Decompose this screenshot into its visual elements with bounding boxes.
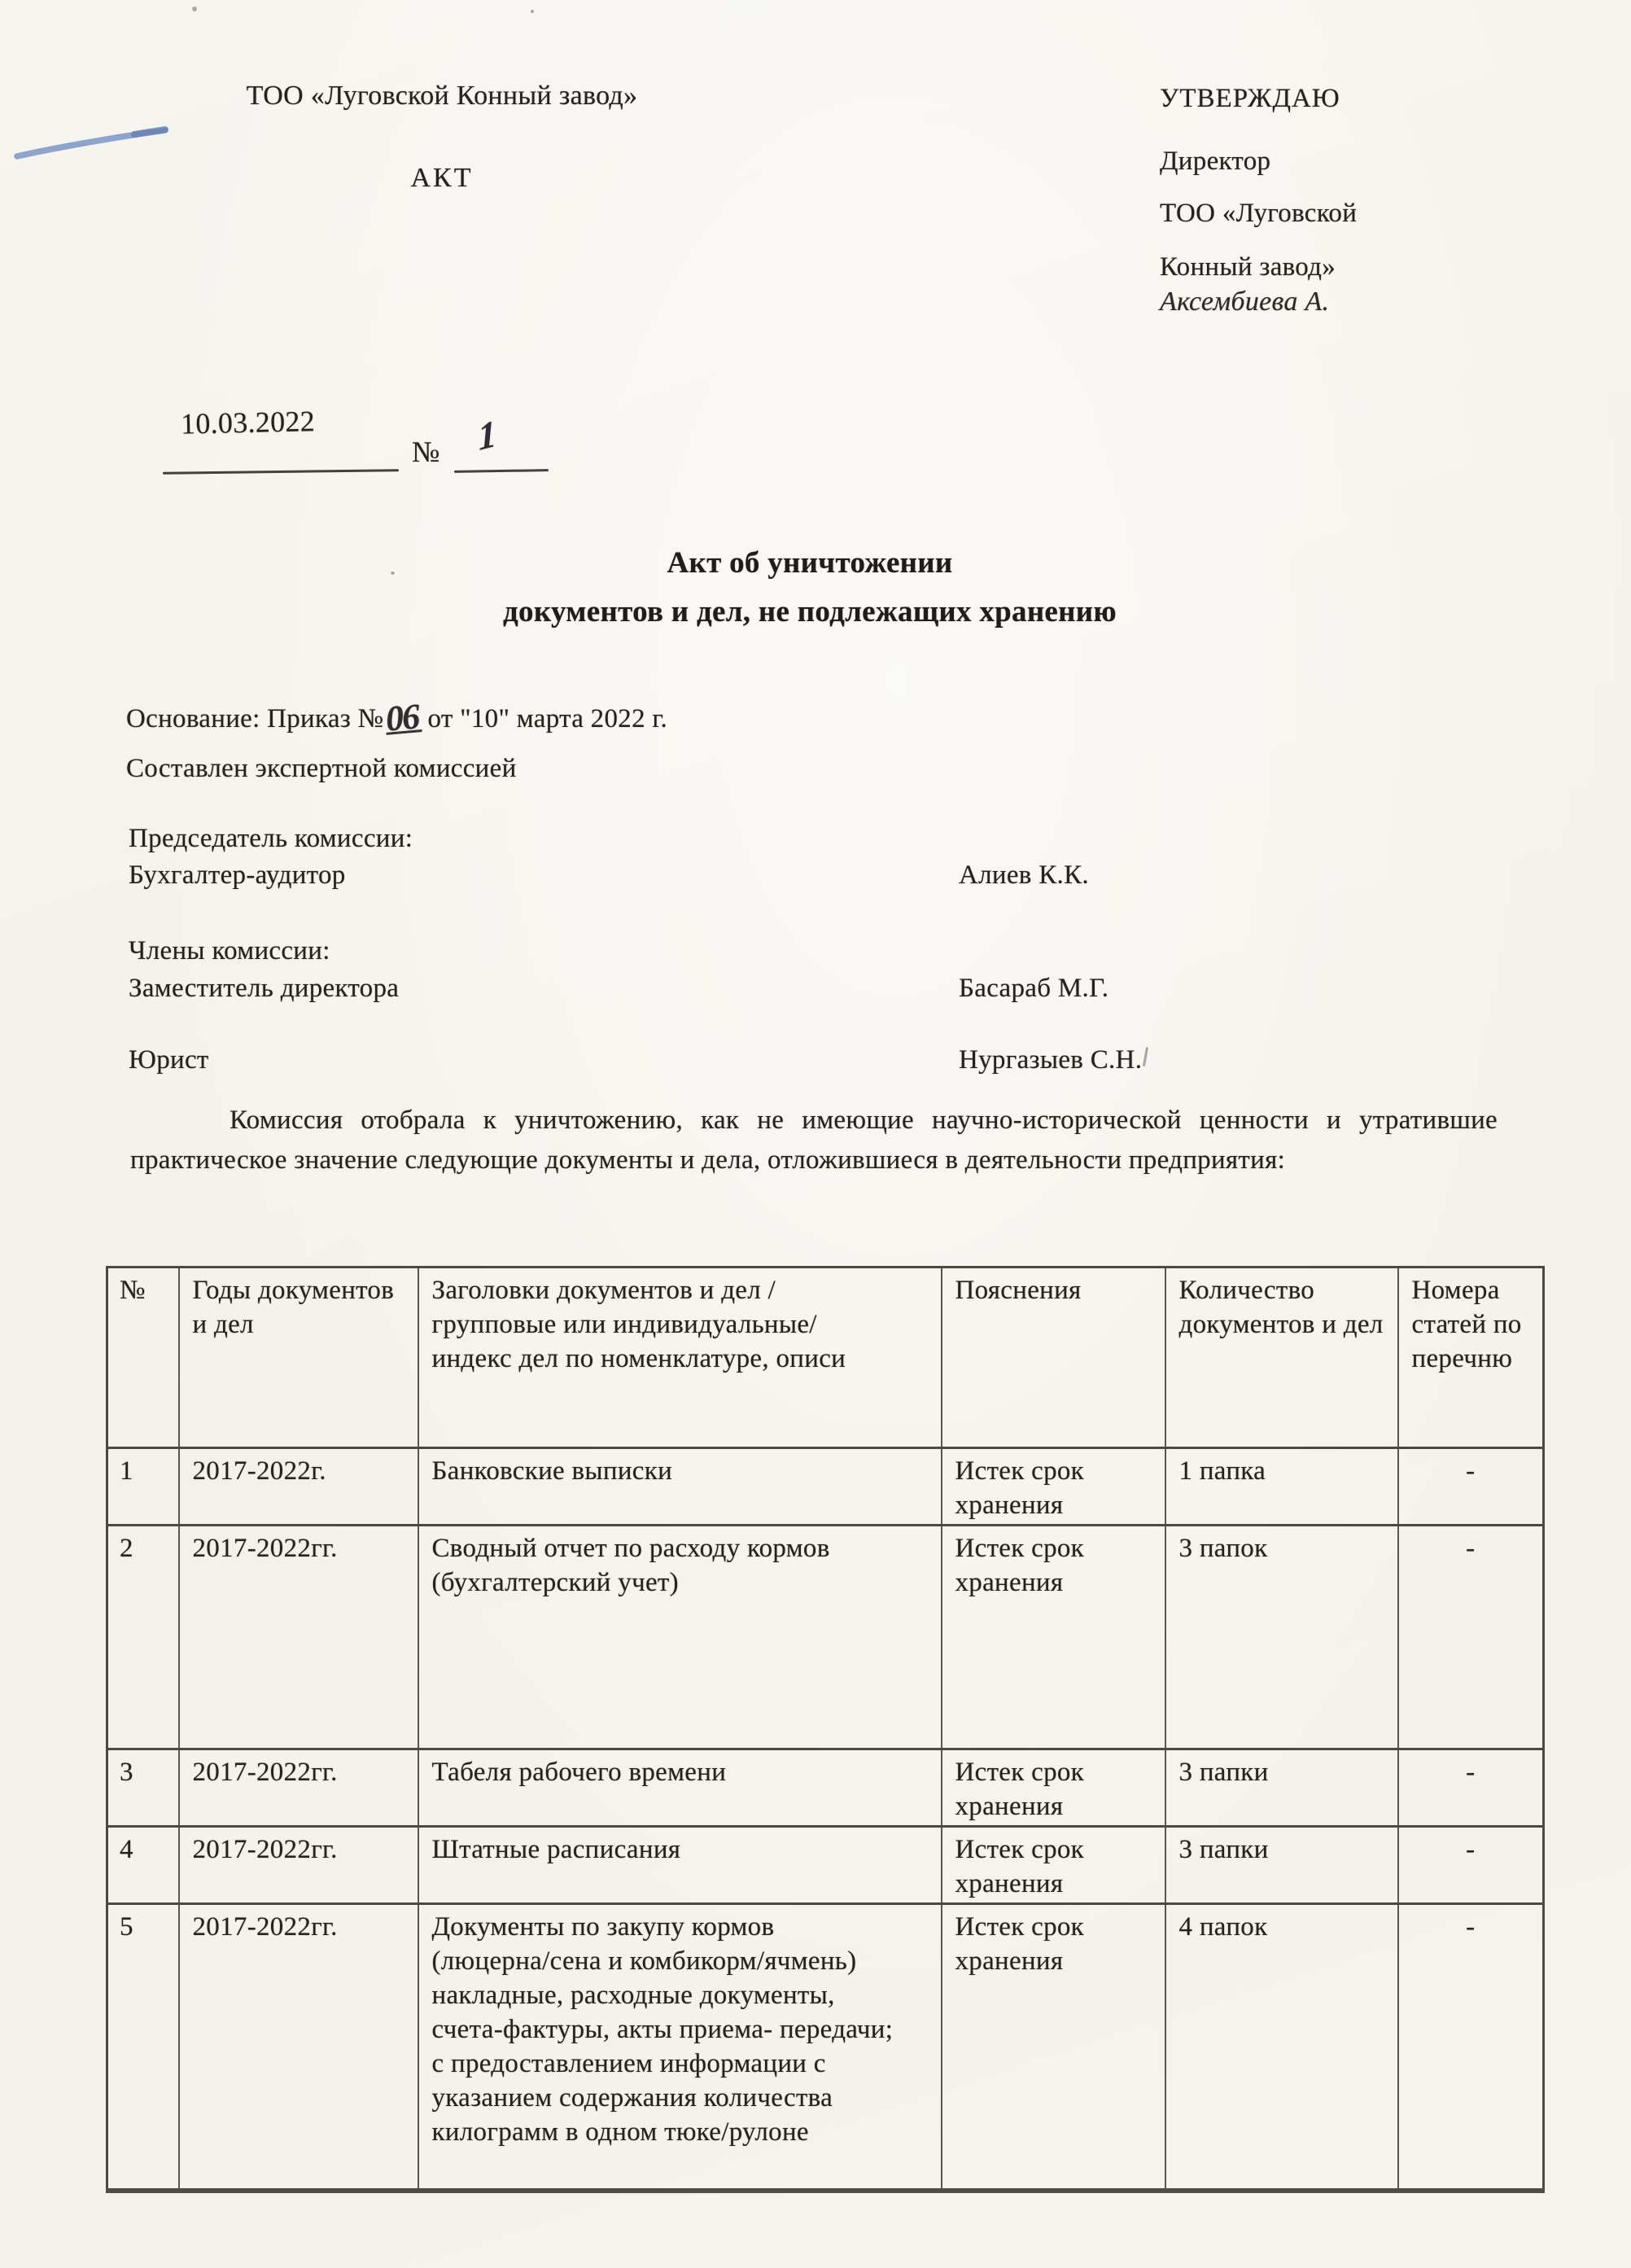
approver-position-line-3: Конный завод» [1160,252,1336,282]
cell-years: 2017-2022гг. [179,1526,418,1749]
order-number-handwritten: 06 [384,704,422,735]
header-cell-article-numbers: Номера статей по перечню [1398,1268,1544,1448]
cell-row-number: 4 [107,1827,179,1904]
cell-title: Банковские выписки [418,1448,942,1526]
cell-quantity: 4 папок [1165,1904,1398,2191]
basis-line: Основание: Приказ №06от "10" марта 2022 … [126,703,667,734]
number-sign: № [412,435,440,469]
document-title: Акт об уничтожении документов и дел, не … [240,539,1380,637]
basis-prefix: Основание: Приказ № [126,704,383,733]
cell-row-number: 5 [107,1904,179,2191]
cell-explanation: Истек срок хранения [942,1827,1165,1904]
commission-chairman-row: Бухгалтер-аудитор Алиев К.К. [129,860,1382,891]
member-role: Юрист [129,1045,209,1075]
cell-title: Сводный отчет по расходу кормов (бухгалт… [418,1526,942,1749]
cell-row-number: 3 [107,1749,179,1827]
member-name: Нургазыев С.Н. [959,1045,1142,1075]
approval-stamp-label: УТВЕРЖДАЮ [1160,84,1340,114]
cell-row-number: 2 [107,1526,179,1749]
header-cell-titles: Заголовки документов и дел /групповые ил… [418,1268,942,1448]
cell-explanation: Истек срок хранения [942,1448,1165,1526]
date-underline [163,469,399,475]
member-name: Алиев К.К. [959,860,1089,891]
header-cell-quantity: Количество документов и дел [1165,1268,1398,1448]
cell-row-number: 1 [107,1448,179,1526]
document-number-handwritten: 1 [476,411,497,459]
title-line-2: документов и дел, не подлежащих хранению [240,588,1380,637]
document-page: ТОО «Луговской Конный завод» АКТ УТВЕРЖД… [0,0,1631,2268]
members-label: Члены комиссии: [129,936,1382,966]
cell-explanation: Истек срок хранения [942,1904,1165,2191]
cell-quantity: 3 папок [1165,1526,1398,1749]
header-cell-number: № [107,1268,179,1448]
approver-position-line-2: ТОО «Луговской [1160,199,1357,229]
approver-position-line-1: Директор [1160,147,1270,177]
member-role: Заместитель директора [129,974,399,1003]
cell-years: 2017-2022гг. [179,1904,418,2191]
table-header-row: № Годы документов и дел Заголовки докуме… [107,1268,1544,1448]
member-name: Басараб М.Г. [959,974,1108,1004]
basis-suffix: от "10" марта 2022 г. [427,704,667,733]
header-cell-explanations: Пояснения [942,1268,1165,1448]
cell-explanation: Истек срок хранения [942,1526,1165,1749]
cell-article-numbers: - [1398,1904,1544,2191]
document-date: 10.03.2022 [181,404,316,440]
scan-speck [531,10,534,13]
table-row: 1 2017-2022г. Банковские выписки Истек с… [107,1448,1544,1526]
date-number-line: 10.03.2022 № 1 [163,399,619,497]
commission-member-row: Юрист Нургазыев С.Н. [129,1045,1382,1075]
title-line-1: Акт об уничтожении [240,539,1380,588]
cell-article-numbers: - [1398,1448,1544,1526]
cell-title: Штатные расписания [418,1827,942,1904]
cell-article-numbers: - [1398,1827,1544,1904]
cell-quantity: 1 папка [1165,1448,1398,1526]
cell-title: Табеля рабочего времени [418,1749,942,1827]
chairman-label: Председатель комиссии: [129,824,1382,854]
header-cell-years: Годы документов и дел [179,1268,418,1448]
member-role: Бухгалтер-аудитор [129,860,346,890]
document-type-heading: АКТ [113,163,771,194]
scan-speck [192,7,197,11]
cell-years: 2017-2022г. [179,1448,418,1526]
cell-article-numbers: - [1398,1749,1544,1827]
compiled-by-line: Составлен экспертной комиссией [126,754,517,784]
organization-name: ТОО «Луговской Конный завод» [113,78,771,114]
cell-years: 2017-2022гг. [179,1749,418,1827]
cell-quantity: 3 папки [1165,1749,1398,1827]
cell-explanation: Истек срок хранения [942,1749,1165,1827]
body-paragraph: Комиссия отобрала к уничтожению, как не … [130,1101,1498,1180]
cell-years: 2017-2022гг. [179,1827,418,1904]
cell-article-numbers: - [1398,1526,1544,1749]
table-row: 4 2017-2022гг. Штатные расписания Истек … [107,1827,1544,1904]
documents-table: № Годы документов и дел Заголовки докуме… [106,1266,1545,2193]
letterhead: ТОО «Луговской Конный завод» АКТ [113,78,771,194]
table-row: 3 2017-2022гг. Табеля рабочего времени И… [107,1749,1544,1827]
commission-member-row: Заместитель директора Басараб М.Г. [129,974,1382,1004]
table-row: 5 2017-2022гг. Документы по закупу кормо… [107,1904,1544,2191]
approver-signature-name: Аксембиева А. [1160,287,1329,317]
cell-quantity: 3 папки [1165,1827,1398,1904]
number-underline [454,469,549,473]
table-row: 2 2017-2022гг. Сводный отчет по расходу … [107,1526,1544,1749]
cell-title: Документы по закупу кормов (люцерна/сена… [418,1904,942,2191]
